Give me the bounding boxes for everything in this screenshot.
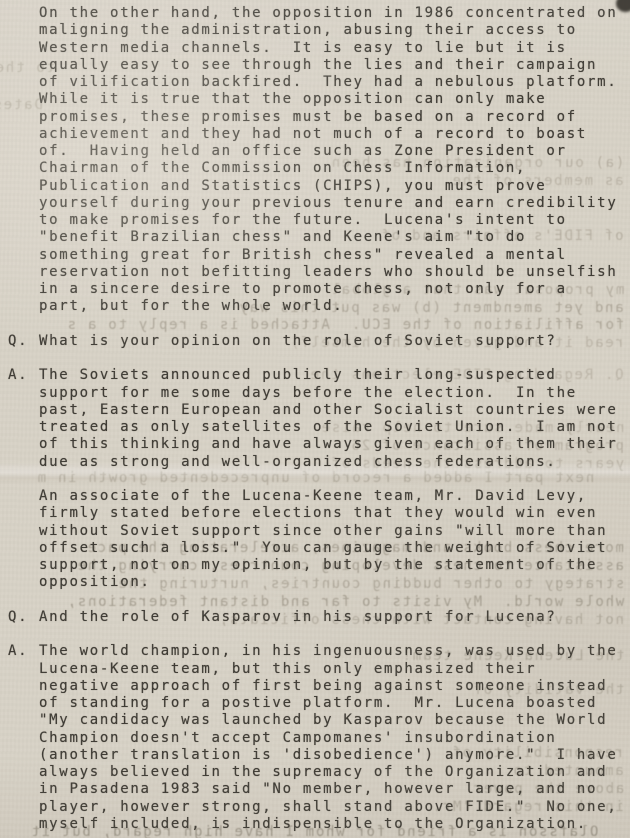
text-line: An associate of the Lucena-Keene team, M… [39, 488, 630, 505]
text-line: firmly stated before elections that they… [39, 505, 630, 522]
text-line: myself included, is indispensible to the… [39, 816, 630, 833]
text-line: of vilification backfired. They had a ne… [39, 74, 630, 91]
text-line: "My candidacy was launched by Kasparov b… [39, 712, 630, 729]
qa-paragraph: A.The Soviets announced publicly their l… [8, 367, 630, 471]
typewritten-text: On the other hand, the opposition in 198… [8, 5, 630, 833]
text-line: in Pasadena 1983 said "No member, howeve… [39, 781, 630, 798]
qa-marker: Q. [8, 609, 28, 626]
text-line: Lucena-Keene team, but this only emphasi… [39, 661, 630, 678]
text-line: equally easy to see through the lies and… [39, 57, 630, 74]
text-line: always believed in the supremacy of the … [39, 764, 630, 781]
paragraph: On the other hand, the opposition in 198… [8, 5, 630, 316]
text-line: reservation not befitting leaders who sh… [39, 264, 630, 281]
text-line: in a sincere desire to promote chess, no… [39, 281, 630, 298]
text-line: support for me some days before the elec… [39, 385, 630, 402]
text-line: promises, these promises must be based o… [39, 109, 630, 126]
text-line: (another translation is 'disobedience') … [39, 747, 630, 764]
text-line: offset such a loss." You can gauge the w… [39, 540, 630, 557]
qa-marker: Q. [8, 333, 28, 350]
text-line: While it is true that the opposition can… [39, 91, 630, 108]
text-line: support, not on my opinion, but by the s… [39, 557, 630, 574]
qa-paragraph: A.The world champion, in his ingenuousne… [8, 643, 630, 833]
text-line: maligning the administration, abusing th… [39, 22, 630, 39]
text-line: The world champion, in his ingenuousness… [39, 643, 630, 660]
text-line: yourself during your previous tenure and… [39, 195, 630, 212]
text-line: negative approach of first being against… [39, 678, 630, 695]
text-line: without Soviet support since other gains… [39, 523, 630, 540]
text-line: something great for British chess" revea… [39, 247, 630, 264]
text-line: of this thinking and have always given e… [39, 436, 630, 453]
text-line: "benefit Brazilian chess" and Keene's ai… [39, 229, 630, 246]
document-page: to theDates(a) our organization has been… [0, 0, 630, 838]
text-line: of standing for a postive platform. Mr. … [39, 695, 630, 712]
text-line: What is your opinion on the role of Sovi… [39, 333, 630, 350]
text-line: Chairman of the Commission on Chess Info… [39, 160, 630, 177]
text-line: part, but for the whole world. [39, 298, 630, 315]
text-line: opposition. [39, 574, 630, 591]
text-line: to make promises for the future. Lucena'… [39, 212, 630, 229]
text-line: Western media channels. It is easy to li… [39, 40, 630, 57]
text-line: On the other hand, the opposition in 198… [39, 5, 630, 22]
qa-paragraph: Q.And the role of Kasparov in his suppor… [8, 609, 630, 626]
text-line: due as strong and well-organized chess f… [39, 454, 630, 471]
paragraph: An associate of the Lucena-Keene team, M… [8, 488, 630, 592]
text-line: Champion doesn't accept Campomanes' insu… [39, 730, 630, 747]
qa-marker: A. [8, 367, 28, 384]
text-line: The Soviets announced publicly their lon… [39, 367, 630, 384]
text-line: player, however strong, shall stand abov… [39, 799, 630, 816]
text-line: achievement and they had not much of a r… [39, 126, 630, 143]
text-line: treated as only satellites of the Soviet… [39, 419, 630, 436]
text-line: Publication and Statistics (CHIPS), you … [39, 178, 630, 195]
text-line: past, Eastern European and other Sociali… [39, 402, 630, 419]
text-line: And the role of Kasparov in his support … [39, 609, 630, 626]
text-line: of. Having held an office such as Zone P… [39, 143, 630, 160]
scanned-document: { "page": { "paper_color": "#d8d2c6", "i… [0, 0, 630, 838]
qa-marker: A. [8, 643, 28, 660]
qa-paragraph: Q.What is your opinion on the role of So… [8, 333, 630, 350]
